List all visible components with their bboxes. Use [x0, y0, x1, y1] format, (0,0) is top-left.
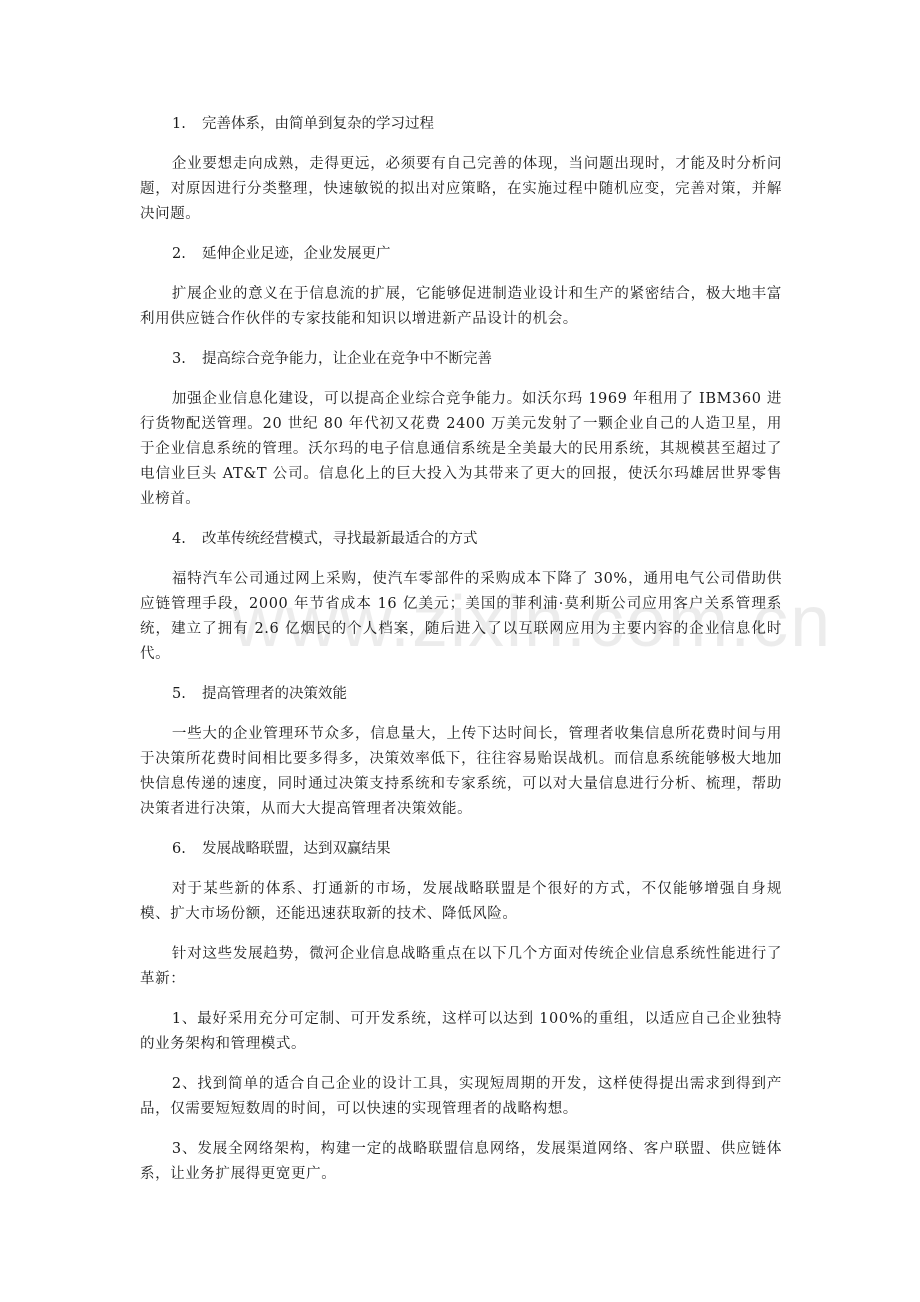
closing-item-1: 1、最好采用充分可定制、可开发系统，这样可以达到 100%的重组，以适应自己企业… — [140, 1007, 782, 1057]
section-heading-2: 2. 延伸企业足迹，企业发展更广 — [140, 242, 782, 267]
section-heading-5: 5. 提高管理者的决策效能 — [140, 682, 782, 707]
section-title: 发展战略联盟，达到双赢结果 — [202, 837, 391, 862]
section-heading-1: 1. 完善体系，由简单到复杂的学习过程 — [140, 112, 782, 137]
section-number: 1. — [172, 112, 202, 137]
section-paragraph-4: 福特汽车公司通过网上采购，使汽车零部件的采购成本下降了 30%，通用电气公司借助… — [140, 567, 782, 667]
document-page: 1. 完善体系，由简单到复杂的学习过程 企业要想走向成熟，走得更远，必须要有自己… — [140, 112, 782, 1202]
section-heading-4: 4. 改革传统经营模式，寻找最新最适合的方式 — [140, 527, 782, 552]
section-number: 6. — [172, 837, 202, 862]
section-title: 改革传统经营模式，寻找最新最适合的方式 — [202, 527, 478, 552]
section-title: 提高综合竞争能力，让企业在竞争中不断完善 — [202, 347, 492, 372]
section-heading-6: 6. 发展战略联盟，达到双赢结果 — [140, 837, 782, 862]
section-heading-3: 3. 提高综合竞争能力，让企业在竞争中不断完善 — [140, 347, 782, 372]
closing-item-2: 2、找到简单的适合自己企业的设计工具，实现短周期的开发，这样使得提出需求到得到产… — [140, 1072, 782, 1122]
section-paragraph-1: 企业要想走向成熟，走得更远，必须要有自己完善的体现，当问题出现时，才能及时分析问… — [140, 152, 782, 227]
section-title: 延伸企业足迹，企业发展更广 — [202, 242, 391, 267]
section-number: 4. — [172, 527, 202, 552]
section-number: 2. — [172, 242, 202, 267]
section-paragraph-2: 扩展企业的意义在于信息流的扩展，它能够促进制造业设计和生产的紧密结合，极大地丰富… — [140, 282, 782, 332]
section-number: 3. — [172, 347, 202, 372]
section-number: 5. — [172, 682, 202, 707]
section-title: 提高管理者的决策效能 — [202, 682, 347, 707]
section-paragraph-3: 加强企业信息化建设，可以提高企业综合竞争能力。如沃尔玛 1969 年租用了 IB… — [140, 387, 782, 512]
section-title: 完善体系，由简单到复杂的学习过程 — [202, 112, 434, 137]
closing-item-3: 3、发展全网络架构，构建一定的战略联盟信息网络，发展渠道网络、客户联盟、供应链体… — [140, 1137, 782, 1187]
section-paragraph-6: 对于某些新的体系、打通新的市场，发展战略联盟是个很好的方式，不仅能够增强自身规模… — [140, 877, 782, 927]
closing-intro: 针对这些发展趋势，微河企业信息战略重点在以下几个方面对传统企业信息系统性能进行了… — [140, 942, 782, 992]
section-paragraph-5: 一些大的企业管理环节众多，信息量大，上传下达时间长，管理者收集信息所花费时间与用… — [140, 722, 782, 822]
